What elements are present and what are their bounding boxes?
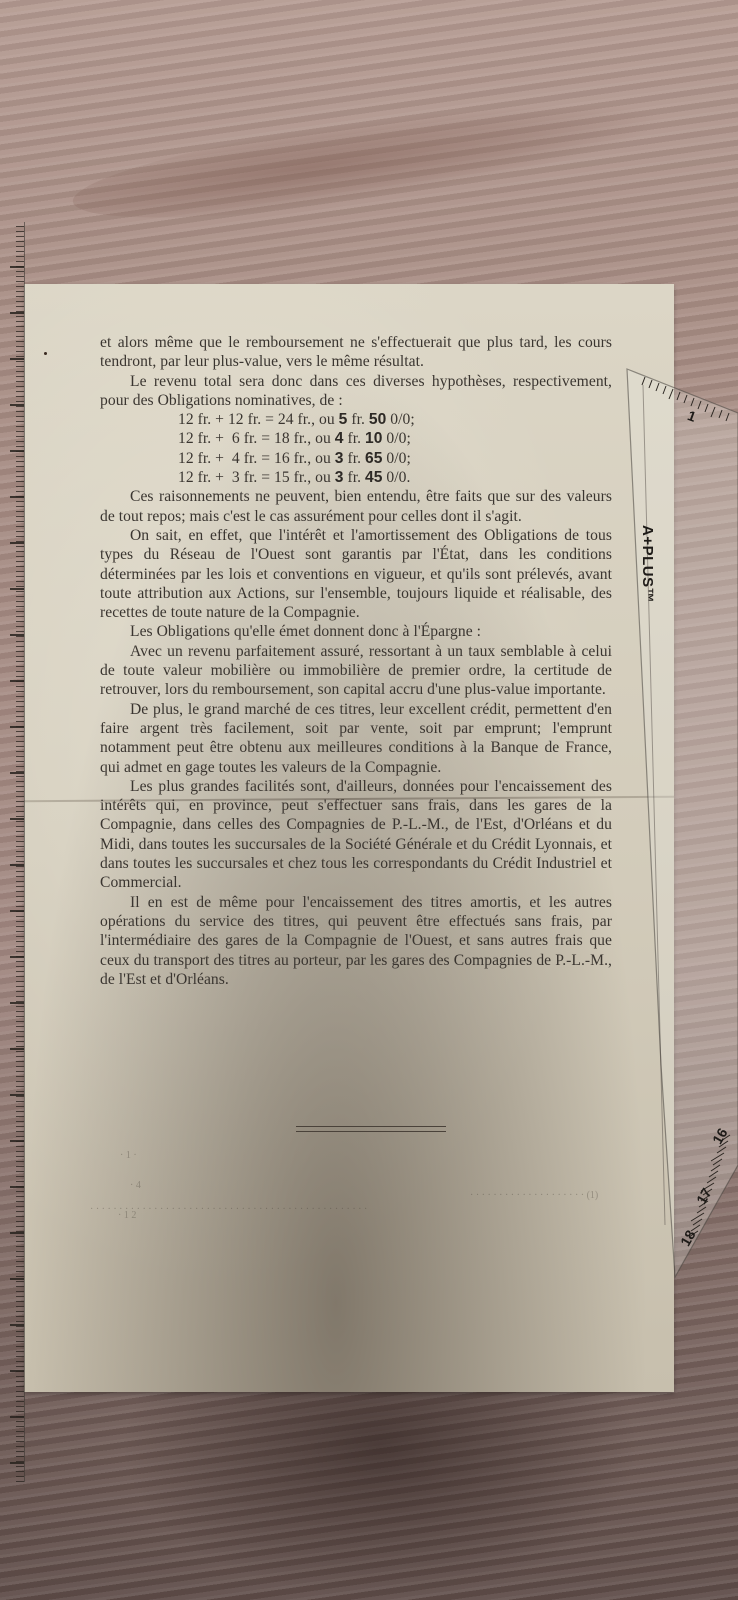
paragraph: Il en est de même pour l'encaissement de… <box>100 893 612 989</box>
wood-grain-knot <box>67 79 672 242</box>
paragraph: Le revenu total sera donc dans ces diver… <box>100 372 612 411</box>
paragraph: De plus, le grand marché de ces titres, … <box>100 700 612 777</box>
revenue-row: 12 fr. + 12 fr. = 24 fr., ou 5 fr. 50 0/… <box>178 410 612 429</box>
table-shadow <box>120 1380 640 1600</box>
paragraph: Les plus grandes facilités sont, d'aille… <box>100 777 612 893</box>
document-body: et alors même que le remboursement ne s'… <box>100 333 612 989</box>
revenue-table: 12 fr. + 12 fr. = 24 fr., ou 5 fr. 50 0/… <box>100 410 612 487</box>
paragraph: Ces raisonnements ne peuvent, bien enten… <box>100 487 612 526</box>
revenue-row: 12 fr. + 3 fr. = 15 fr., ou 3 fr. 45 0/0… <box>178 468 612 487</box>
double-rule-separator <box>296 1126 446 1132</box>
revenue-row: 12 fr. + 6 fr. = 18 fr., ou 4 fr. 10 0/0… <box>178 429 612 448</box>
paper-stain <box>44 352 47 355</box>
paragraph: et alors même que le remboursement ne s'… <box>100 333 612 372</box>
paragraph: On sait, en effet, que l'intérêt et l'am… <box>100 526 612 622</box>
ruler-major-ticks <box>0 222 24 1482</box>
paragraph: Avec un revenu parfaitement assuré, ress… <box>100 642 612 700</box>
revenue-row: 12 fr. + 4 fr. = 16 fr., ou 3 fr. 65 0/0… <box>178 449 612 468</box>
paragraph: Les Obligations qu'elle émet donnent don… <box>100 622 612 641</box>
set-square-brand-logo: A+PLUS™ <box>639 525 656 603</box>
set-square <box>625 365 738 1285</box>
